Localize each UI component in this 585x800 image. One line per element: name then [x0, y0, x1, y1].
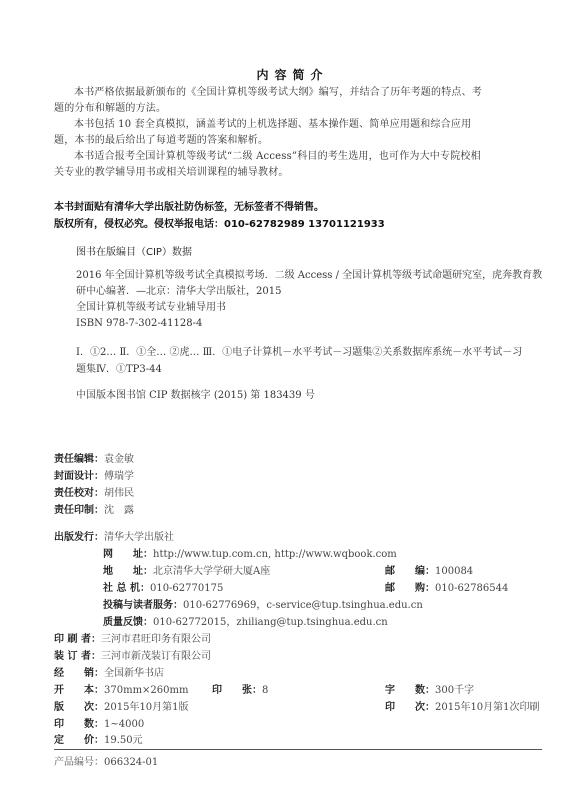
format-value: 370mm×260mm	[104, 685, 188, 696]
switchboard-label: 社 总 机：	[103, 583, 150, 594]
printer-value: 三河市君旺印务有限公司	[101, 634, 211, 645]
impression-label: 印 次：	[385, 702, 435, 713]
cip-line-3: 全国计算机等级考试专业辅导用书	[76, 300, 226, 317]
impression-value: 2015年10月第1次印刷	[435, 702, 540, 713]
staff-editor: 责任编辑：袁金敏	[54, 450, 134, 465]
feedback-label: 质量反馈：	[103, 617, 153, 628]
staff-editor-label: 责任编辑：	[54, 454, 104, 465]
cip-classification-2: 题集Ⅳ．①TP3-44	[76, 362, 162, 379]
words-label: 字 数：	[385, 685, 435, 696]
address-row: 地 址：北京清华大学学研大厦A座	[103, 562, 270, 577]
sheets-label: 印 张：	[212, 685, 262, 696]
switchboard-row: 社 总 机：010-62770175	[103, 579, 223, 594]
publisher-row: 出版发行：清华大学出版社	[54, 528, 174, 543]
staff-editor-value: 袁金敏	[104, 454, 134, 465]
postcode-row: 邮 编：100084	[385, 562, 473, 577]
publisher-name: 清华大学出版社	[104, 532, 174, 543]
mail-order-label: 邮 购：	[385, 583, 435, 594]
words-value: 300千字	[435, 685, 474, 696]
reader-service-value: 010-62776969，c-service@tup.tsinghua.edu.…	[183, 600, 423, 611]
anti-counterfeit-notice: 本书封面贴有清华大学出版社防伪标签，无标签者不得销售。	[54, 198, 324, 213]
website-value: http://www.tup.com.cn, http://www.wqbook…	[153, 549, 397, 560]
distributor-value: 全国新华书店	[104, 668, 164, 679]
price-value: 19.50元	[104, 735, 143, 746]
reader-service-row: 投稿与读者服务：010-62776969，c-service@tup.tsing…	[103, 596, 423, 611]
sheets-value: 8	[262, 685, 268, 696]
footer-divider	[54, 749, 542, 750]
edition-label: 版 次：	[54, 702, 104, 713]
cip-line-2: 研中心编著．—北京：清华大学出版社，2015	[76, 284, 281, 301]
summary-title: 内容简介	[0, 66, 585, 83]
price-row: 定 价：19.50元	[54, 731, 143, 746]
address-value: 北京清华大学学研大厦A座	[153, 566, 270, 577]
postcode-label: 邮 编：	[385, 566, 435, 577]
binder-value: 三河市新茂装订有限公司	[101, 651, 211, 662]
staff-cover-label: 封面设计：	[54, 471, 104, 482]
staff-printing-value: 沈 露	[104, 505, 134, 516]
cip-line-1: 2016 年全国计算机等级考试全真模拟考场．二级 Access / 全国计算机等…	[76, 268, 542, 285]
staff-printing: 责任印制：沈 露	[54, 501, 134, 516]
staff-printing-label: 责任印制：	[54, 505, 104, 516]
publisher-label: 出版发行：	[54, 532, 104, 543]
website-label: 网 址：	[103, 549, 153, 560]
distributor-label: 经 销：	[54, 668, 104, 679]
website-row: 网 址：http://www.tup.com.cn, http://www.wq…	[103, 545, 397, 560]
format-label: 开 本：	[54, 685, 104, 696]
distributor-row: 经 销：全国新华书店	[54, 664, 164, 679]
feedback-value: 010-62772015，zhiliang@tup.tsinghua.edu.c…	[153, 617, 388, 628]
edition-row: 版 次：2015年10月第1版	[54, 698, 189, 713]
cip-isbn: ISBN 978-7-302-41128-4	[76, 316, 202, 333]
format-row: 开 本：370mm×260mm	[54, 681, 188, 696]
reader-service-label: 投稿与读者服务：	[103, 600, 183, 611]
staff-cover-value: 傅瑞学	[104, 471, 134, 482]
mail-order-value: 010-62786544	[435, 583, 508, 594]
summary-paragraph-1: 本书严格依据最新颁布的《全国计算机等级考试大纲》编写，并结合了历年考题的特点、考…	[54, 85, 484, 117]
summary-paragraph-3: 本书适合报考全国计算机等级考试“二级 Access”科目的考生选用，也可作为大中…	[54, 149, 484, 181]
binder-label: 装 订 者：	[54, 651, 101, 662]
staff-proof-value: 胡伟民	[104, 488, 134, 499]
printer-label: 印 刷 者：	[54, 634, 101, 645]
feedback-row: 质量反馈：010-62772015，zhiliang@tup.tsinghua.…	[103, 613, 388, 628]
postcode-value: 100084	[435, 566, 473, 577]
cip-heading: 图书在版编目（CIP）数据	[76, 243, 192, 258]
edition-value: 2015年10月第1版	[104, 702, 189, 713]
staff-proofreader: 责任校对：胡伟民	[54, 484, 134, 499]
cip-classification-1: Ⅰ．①2… Ⅱ．①全… ②虎… Ⅲ．①电子计算机－水平考试－习题集②关系数据库系…	[76, 345, 522, 362]
words-row: 字 数：300千字	[385, 681, 474, 696]
printer-row: 印 刷 者：三河市君旺印务有限公司	[54, 630, 211, 645]
product-code-row: 产品编号：066324-01	[54, 753, 158, 768]
print-run-value: 1~4000	[104, 719, 144, 730]
impression-row: 印 次：2015年10月第1次印刷	[385, 698, 540, 713]
copyright-notice: 版权所有，侵权必究。侵权举报电话：010-62782989 1370112193…	[54, 215, 385, 230]
mail-order-row: 邮 购：010-62786544	[385, 579, 508, 594]
staff-proof-label: 责任校对：	[54, 488, 104, 499]
print-run-label: 印 数：	[54, 719, 104, 730]
price-label: 定 价：	[54, 735, 104, 746]
binder-row: 装 订 者：三河市新茂装订有限公司	[54, 647, 211, 662]
address-label: 地 址：	[103, 566, 153, 577]
cip-verification: 中国版本图书馆 CIP 数据核字 (2015) 第 183439 号	[76, 388, 315, 405]
product-code-value: 066324-01	[104, 757, 158, 768]
product-code-label: 产品编号：	[54, 757, 104, 768]
print-run-row: 印 数：1~4000	[54, 715, 144, 730]
switchboard-value: 010-62770175	[150, 583, 223, 594]
sheets-row: 印 张：8	[212, 681, 268, 696]
summary-paragraph-2: 本书包括 10 套全真模拟，涵盖考试的上机选择题、基本操作题、简单应用题和综合应…	[54, 117, 484, 149]
staff-cover-design: 封面设计：傅瑞学	[54, 467, 134, 482]
